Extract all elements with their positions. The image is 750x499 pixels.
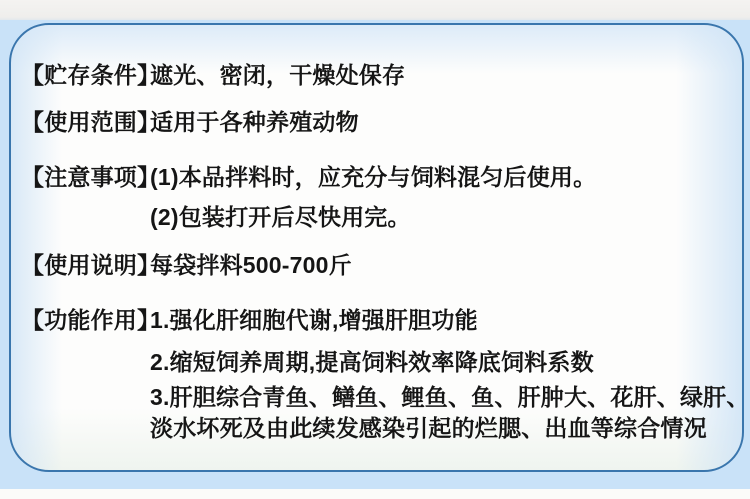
section-text-functions-4: 淡水坏死及由此续发感染引起的烂腮、出血等综合情况 <box>150 416 707 440</box>
photo-bottom-band <box>0 489 750 499</box>
section-text-usage-instructions: 每袋拌料500-700斤 <box>150 253 352 277</box>
section-label-storage-conditions: 【贮存条件】 <box>21 63 160 87</box>
section-text-storage-conditions: 遮光、密闭，干燥处保存 <box>150 63 405 87</box>
section-text-functions-2: 2.缩短饲养周期,提高饲料效率降底饲料系数 <box>150 350 594 374</box>
section-text-precautions-1: (1)本品拌料时，应充分与饲料混匀后使用。 <box>150 165 596 189</box>
section-text-functions-3: 3.肝胆综合青鱼、鳝鱼、鲤鱼、鱼、肝肿大、花肝、绿肝、 <box>150 385 750 409</box>
product-info-panel: 【贮存条件】 遮光、密闭，干燥处保存 【使用范围】 适用于各种养殖动物 【注意事… <box>9 23 744 472</box>
section-text-usage-scope: 适用于各种养殖动物 <box>150 110 359 134</box>
section-label-precautions: 【注意事项】 <box>21 165 160 189</box>
photo-top-band <box>0 0 750 20</box>
section-label-functions: 【功能作用】 <box>21 308 160 332</box>
section-label-usage-scope: 【使用范围】 <box>21 110 160 134</box>
section-label-usage-instructions: 【使用说明】 <box>21 253 160 277</box>
product-label-photo: { "panel": { "sections": [ { "id": "stor… <box>0 0 750 499</box>
section-text-functions-1: 1.强化肝细胞代谢,增强肝胆功能 <box>150 308 478 332</box>
section-text-precautions-2: (2)包装打开后尽快用完。 <box>150 205 411 229</box>
